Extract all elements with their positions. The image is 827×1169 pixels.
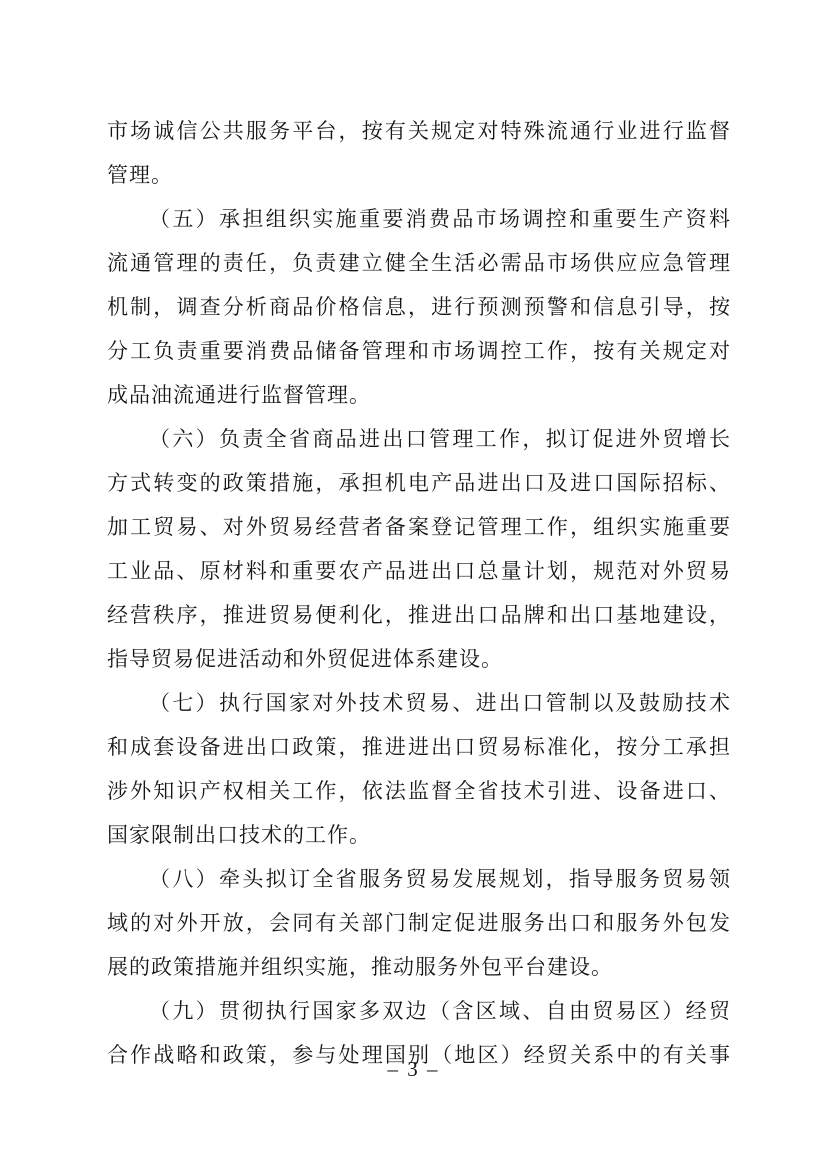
page-number: – 3 – xyxy=(0,1052,827,1086)
document-line: （八）牵头拟订全省服务贸易发展规划，指导服务贸易领 xyxy=(107,857,731,901)
paragraph: （五）承担组织实施重要消费品市场调控和重要生产资料 流通管理的责任，负责建立健全… xyxy=(107,197,731,417)
document-line: 方式转变的政策措施，承担机电产品进出口及进口国际招标、 xyxy=(107,461,731,505)
document-line: 分工负责重要消费品储备管理和市场调控工作，按有关规定对 xyxy=(107,329,731,373)
document-line: 指导贸易促进活动和外贸促进体系建设。 xyxy=(107,637,731,681)
document-line: 管理。 xyxy=(107,153,731,197)
paragraph: （八）牵头拟订全省服务贸易发展规划，指导服务贸易领 域的对外开放，会同有关部门制… xyxy=(107,857,731,989)
document-line: （七）执行国家对外技术贸易、进出口管制以及鼓励技术 xyxy=(107,681,731,725)
document-line: 流通管理的责任，负责建立健全生活必需品市场供应应急管理 xyxy=(107,241,731,285)
document-line: 加工贸易、对外贸易经营者备案登记管理工作，组织实施重要 xyxy=(107,505,731,549)
paragraph: 市场诚信公共服务平台，按有关规定对特殊流通行业进行监督 管理。 xyxy=(107,109,731,197)
document-line: 市场诚信公共服务平台，按有关规定对特殊流通行业进行监督 xyxy=(107,109,731,153)
document-line: 经营秩序，推进贸易便利化，推进出口品牌和出口基地建设， xyxy=(107,593,731,637)
document-line: 工业品、原材料和重要农产品进出口总量计划，规范对外贸易 xyxy=(107,549,731,593)
document-body: 市场诚信公共服务平台，按有关规定对特殊流通行业进行监督 管理。 （五）承担组织实… xyxy=(107,109,731,1077)
paragraph: （七）执行国家对外技术贸易、进出口管制以及鼓励技术 和成套设备进出口政策，推进进… xyxy=(107,681,731,857)
document-page: 市场诚信公共服务平台，按有关规定对特殊流通行业进行监督 管理。 （五）承担组织实… xyxy=(0,0,827,1169)
paragraph: （六）负责全省商品进出口管理工作，拟订促进外贸增长 方式转变的政策措施，承担机电… xyxy=(107,417,731,681)
document-line: 国家限制出口技术的工作。 xyxy=(107,813,731,857)
document-line: 机制，调查分析商品价格信息，进行预测预警和信息引导，按 xyxy=(107,285,731,329)
document-line: （九）贯彻执行国家多双边（含区域、自由贸易区）经贸 xyxy=(107,989,731,1033)
document-line: （六）负责全省商品进出口管理工作，拟订促进外贸增长 xyxy=(107,417,731,461)
document-line: 成品油流通进行监督管理。 xyxy=(107,373,731,417)
document-line: 涉外知识产权相关工作，依法监督全省技术引进、设备进口、 xyxy=(107,769,731,813)
document-line: 展的政策措施并组织实施，推动服务外包平台建设。 xyxy=(107,945,731,989)
document-line: 和成套设备进出口政策，推进进出口贸易标准化，按分工承担 xyxy=(107,725,731,769)
document-line: （五）承担组织实施重要消费品市场调控和重要生产资料 xyxy=(107,197,731,241)
document-line: 域的对外开放，会同有关部门制定促进服务出口和服务外包发 xyxy=(107,901,731,945)
